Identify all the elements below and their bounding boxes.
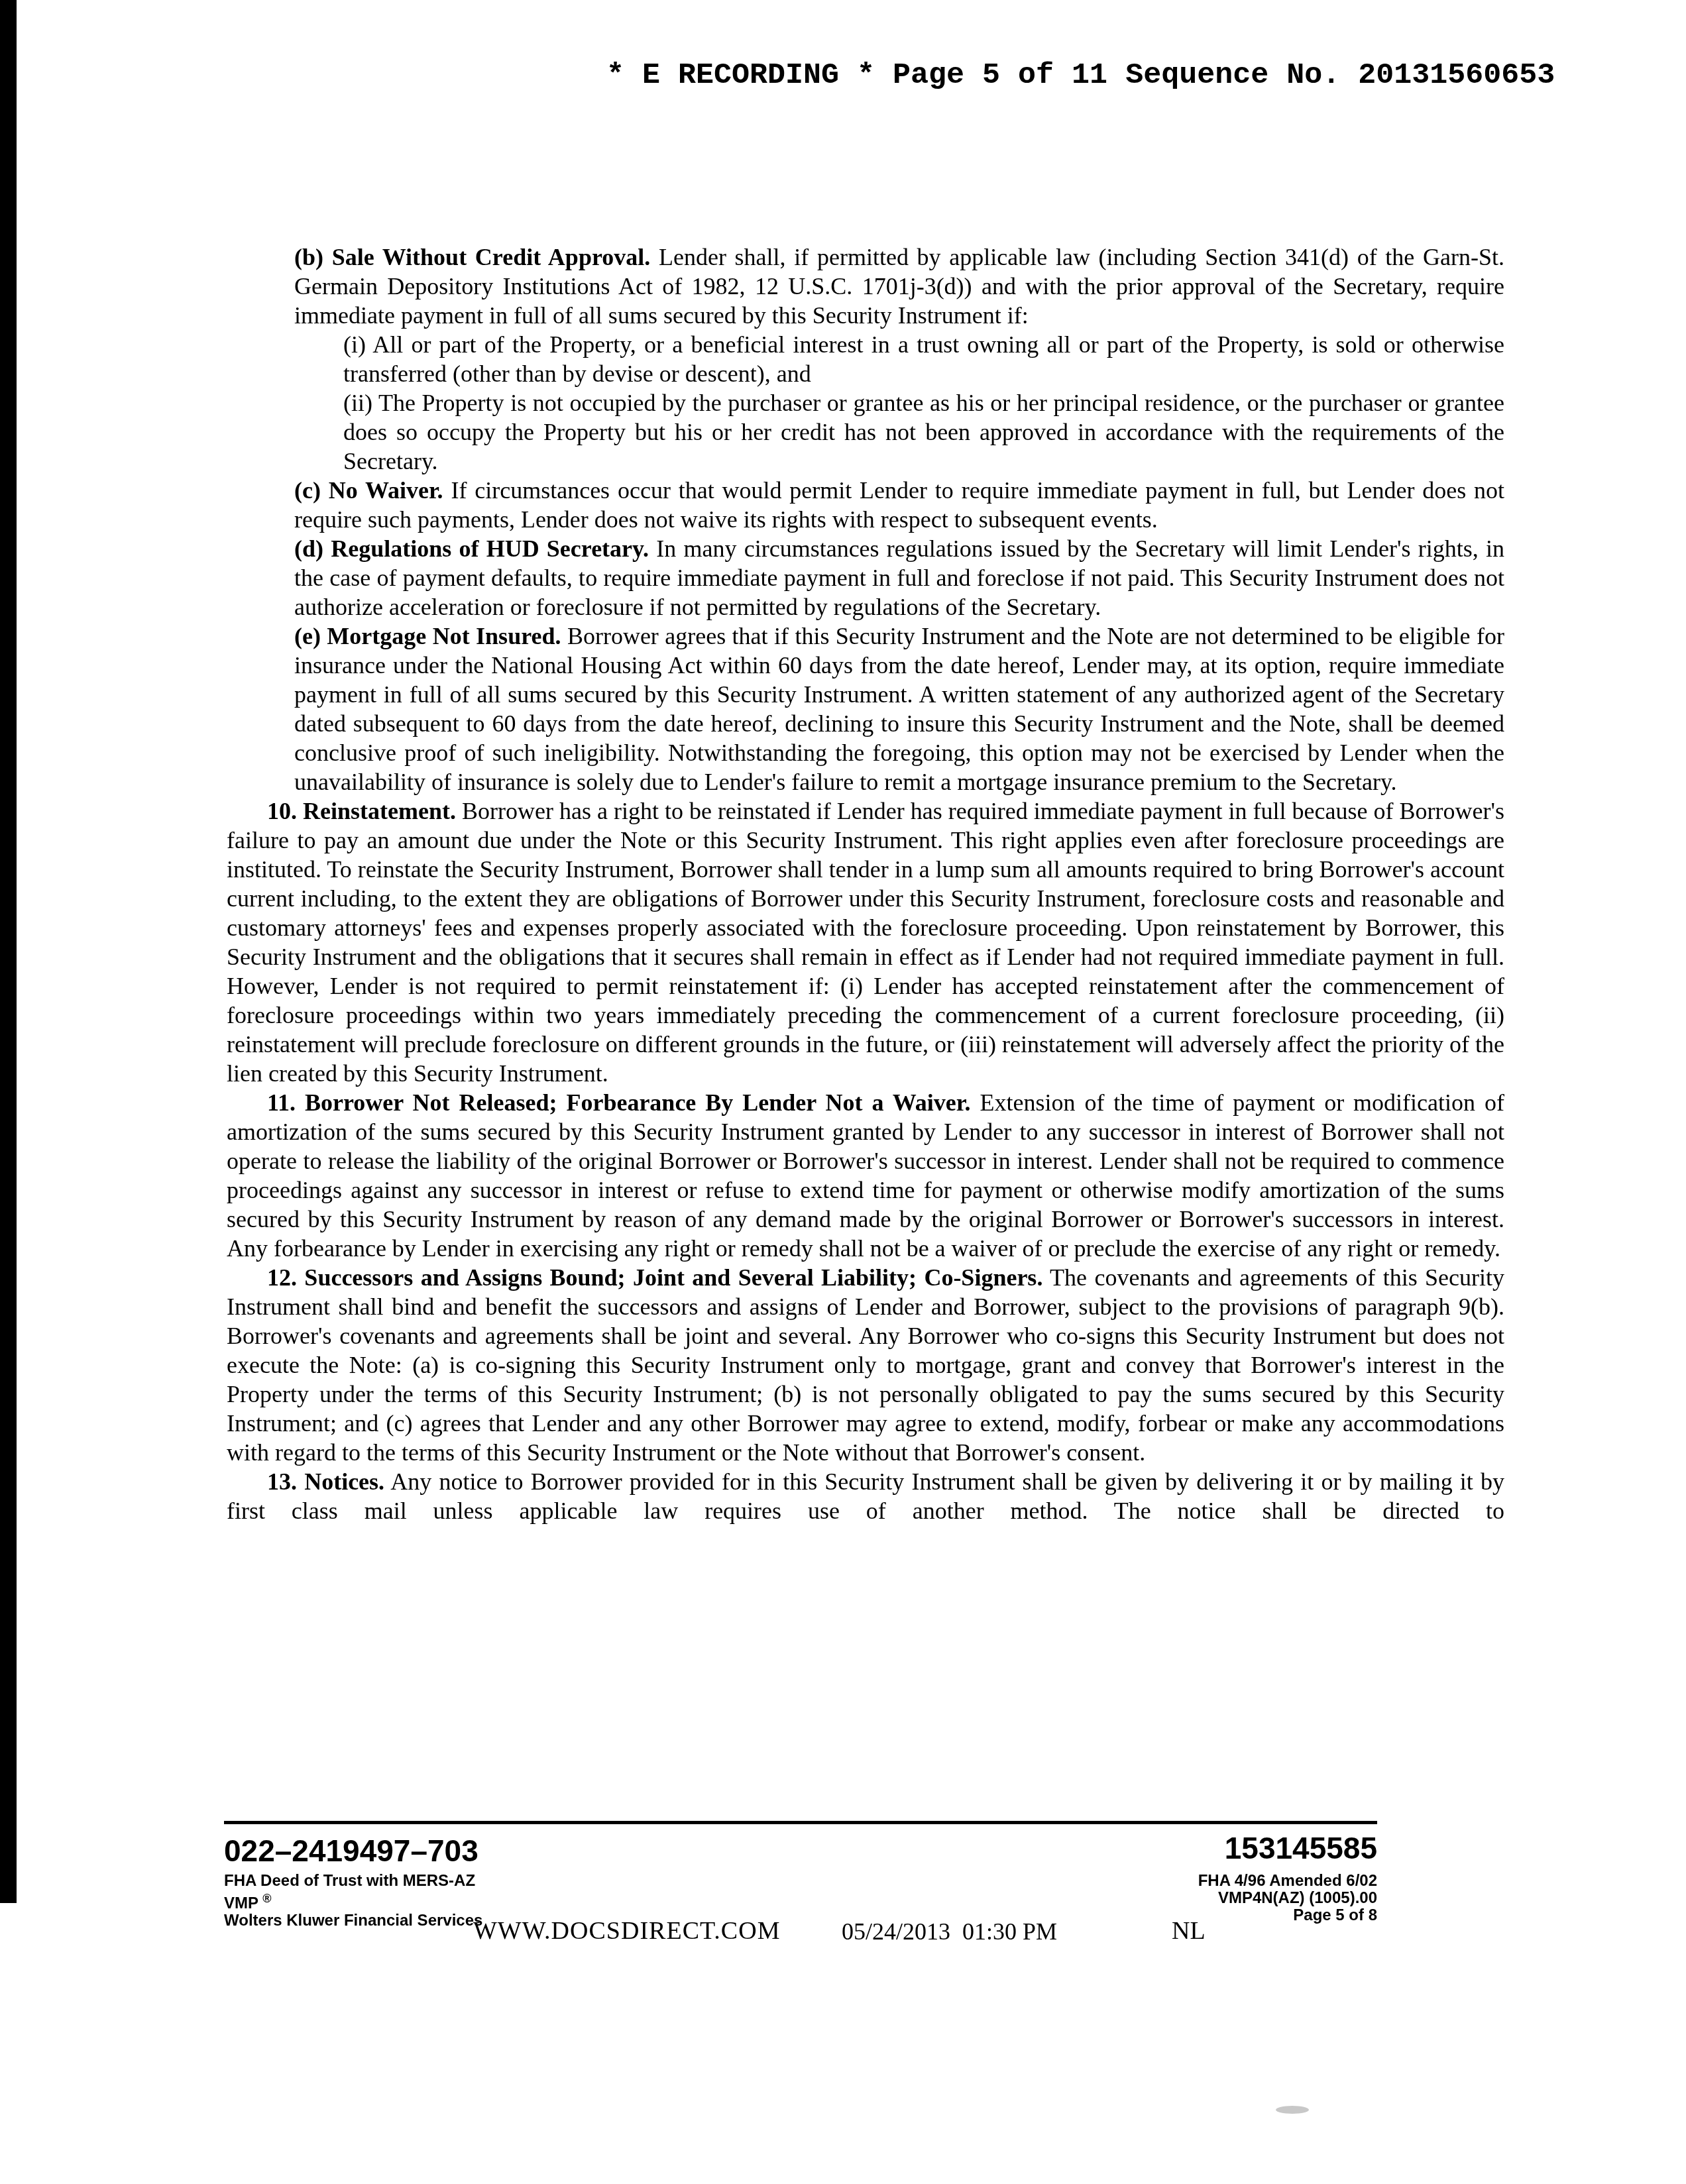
company-line: Wolters Kluwer Financial Services [224,1912,482,1930]
paragraph-c-body: If circumstances occur that would permit… [294,477,1504,533]
page-indicator: Page 5 of 8 [1198,1907,1377,1924]
section-10-body: Borrower has a right to be reinstated if… [227,798,1504,1087]
footer-divider-line [224,1821,1377,1824]
paragraph-d: (d) Regulations of HUD Secretary. In man… [294,534,1504,622]
vmp-label: VMP [224,1894,258,1912]
initials-text: NL [1172,1916,1206,1945]
paragraph-b: (b) Sale Without Credit Approval. Lender… [294,243,1504,330]
section-13-body: Any notice to Borrower provided for in t… [227,1468,1504,1524]
doc-number: 153145585 [1225,1830,1377,1866]
paragraph-ii: (ii) The Property is not occupied by the… [343,388,1504,476]
paragraph-d-label: (d) Regulations of HUD Secretary. [294,535,649,562]
paragraph-c: (c) No Waiver. If circumstances occur th… [294,476,1504,534]
datetime-text: 05/24/2013 01:30 PM [842,1918,1057,1945]
paragraph-b-label: (b) Sale Without Credit Approval. [294,244,650,270]
e-recording-header: * E RECORDING * Page 5 of 11 Sequence No… [606,58,1555,92]
registered-mark-icon: ® [262,1892,271,1905]
section-10-label: 10. Reinstatement. [267,798,456,824]
vmp-line: VMP ® [224,1890,482,1912]
paragraph-ii-body: (ii) The Property is not occupied by the… [343,390,1504,474]
loan-number: 022–2419497–703 [224,1833,478,1869]
paragraph-c-label: (c) No Waiver. [294,477,443,504]
form-code-line: VMP4N(AZ) (1005).00 [1198,1890,1377,1907]
section-12-label: 12. Successors and Assigns Bound; Joint … [267,1264,1042,1291]
section-10-reinstatement: 10. Reinstatement. Borrower has a right … [227,796,1504,1088]
section-11-borrower-not-released: 11. Borrower Not Released; Forbearance B… [227,1088,1504,1263]
form-version-line: FHA 4/96 Amended 6/02 [1198,1873,1377,1890]
section-13-label: 13. Notices. [267,1468,384,1495]
section-13-notices: 13. Notices. Any notice to Borrower prov… [227,1467,1504,1525]
body-text: (b) Sale Without Credit Approval. Lender… [227,243,1504,1525]
website-text: WWW.DOCSDIRECT.COM [473,1916,780,1945]
paragraph-e-label: (e) Mortgage Not Insured. [294,623,561,649]
form-name-line: FHA Deed of Trust with MERS-AZ [224,1873,482,1890]
scan-edge-artifact-bar [0,0,17,1903]
paragraph-i: (i) All or part of the Property, or a be… [343,330,1504,388]
scan-smudge-artifact [1276,2106,1309,2114]
paragraph-i-body: (i) All or part of the Property, or a be… [343,331,1504,387]
document-page: * E RECORDING * Page 5 of 11 Sequence No… [0,0,1686,2184]
paragraph-e: (e) Mortgage Not Insured. Borrower agree… [294,622,1504,796]
footer-right-block: FHA 4/96 Amended 6/02 VMP4N(AZ) (1005).0… [1198,1873,1377,1924]
footer-left-block: FHA Deed of Trust with MERS-AZ VMP ® Wol… [224,1873,482,1930]
section-12-successors-assigns: 12. Successors and Assigns Bound; Joint … [227,1263,1504,1467]
section-12-body: The covenants and agreements of this Sec… [227,1264,1504,1466]
section-11-label: 11. Borrower Not Released; Forbearance B… [267,1089,971,1116]
